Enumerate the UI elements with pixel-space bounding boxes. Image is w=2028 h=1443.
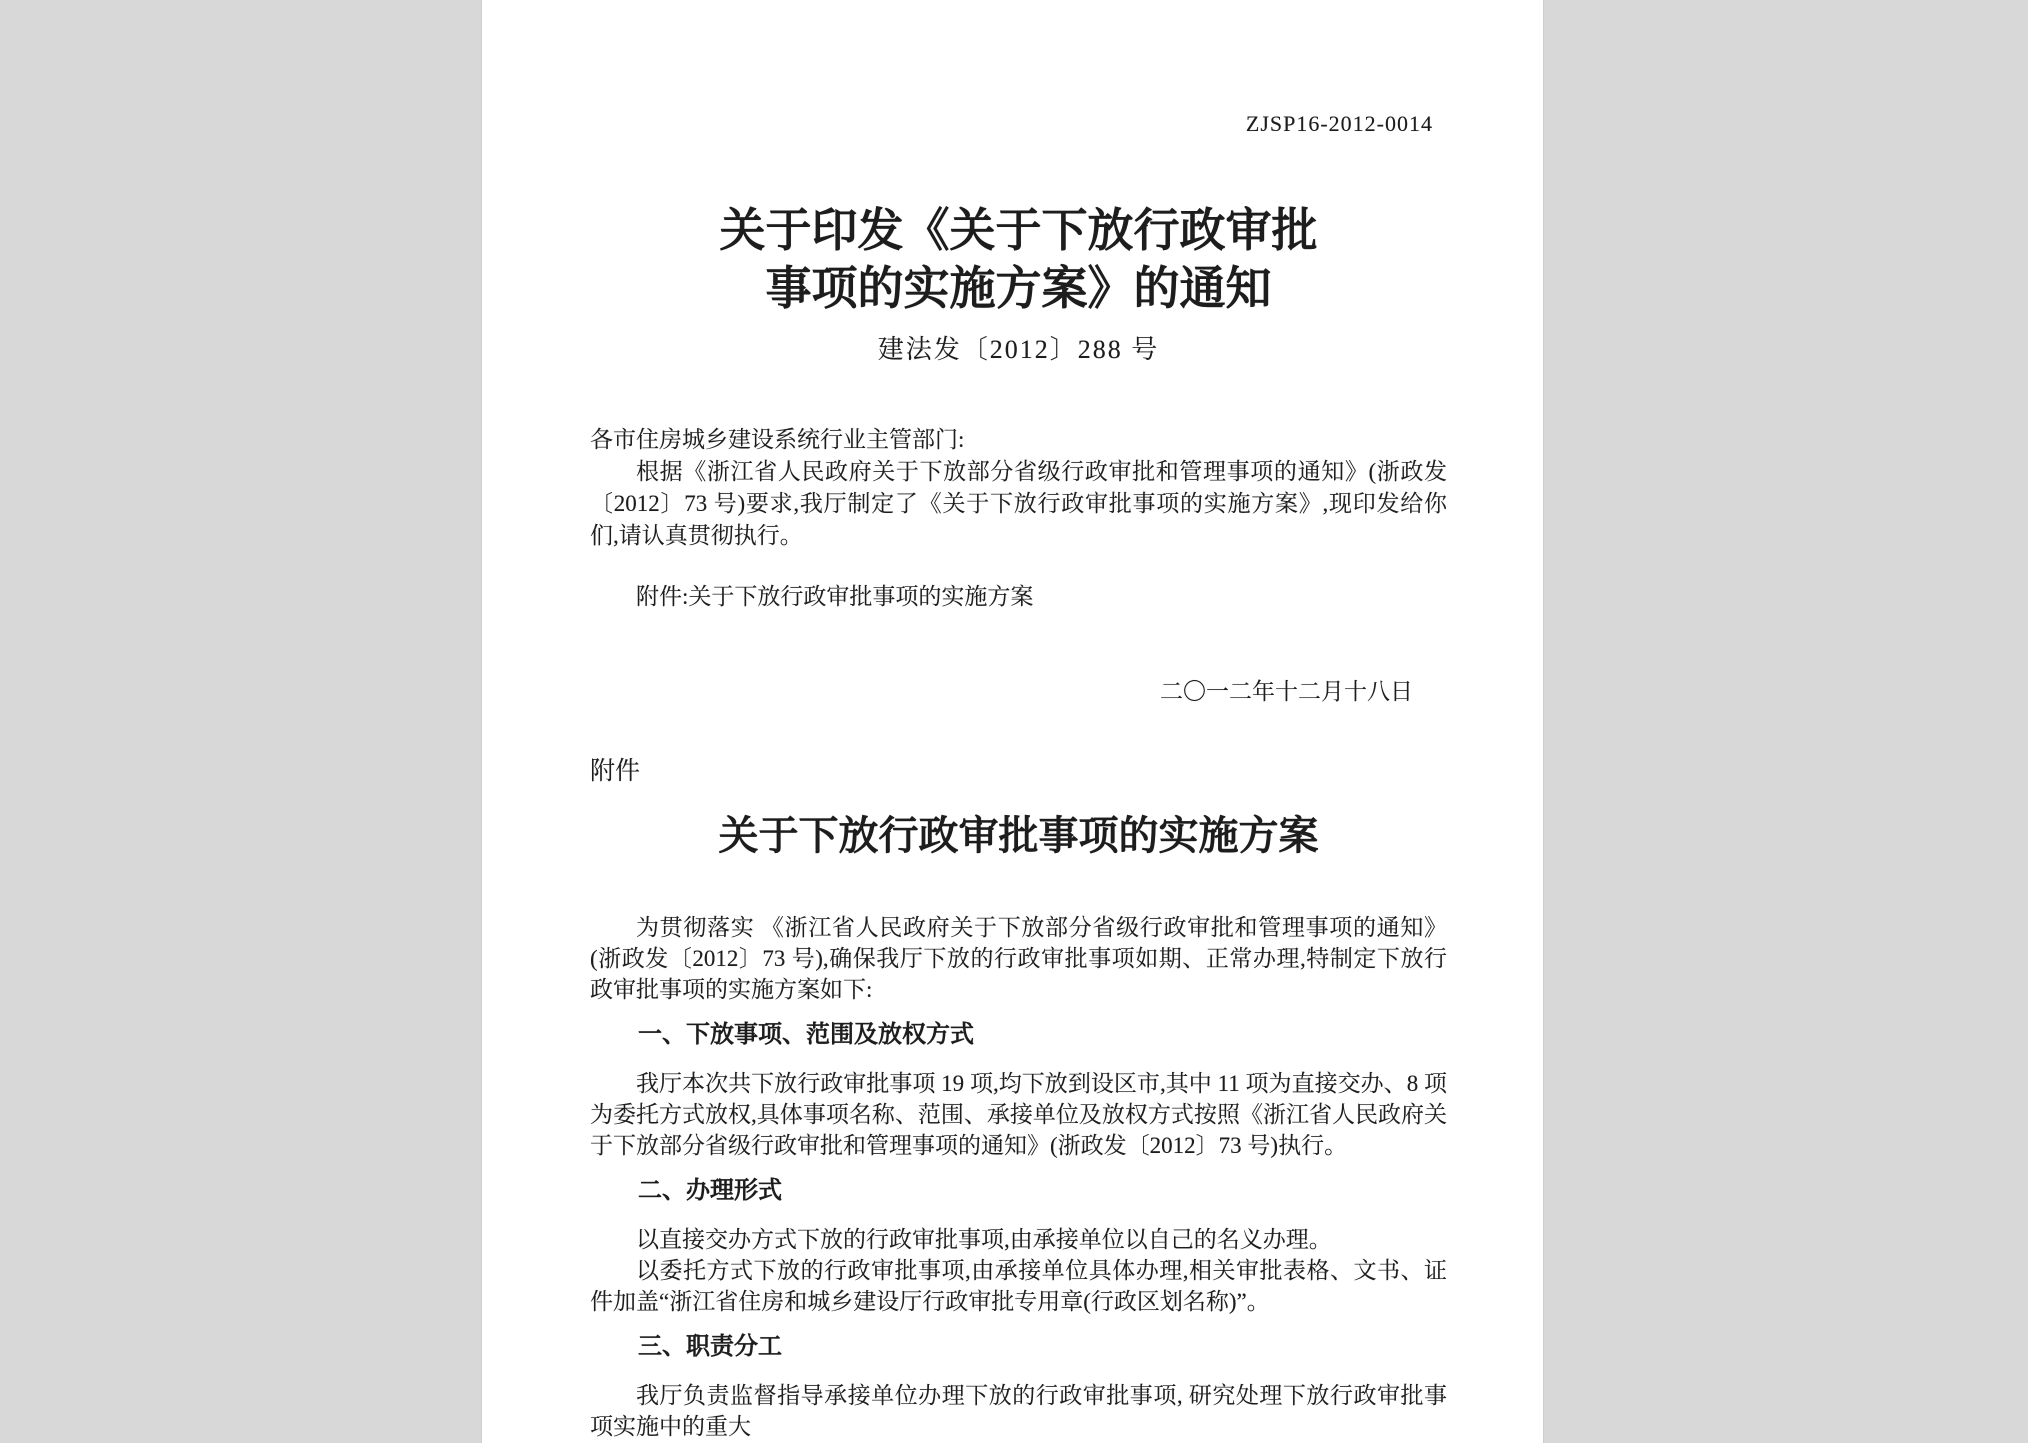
attachment-intro-paragraph: 为贯彻落实 《浙江省人民政府关于下放部分省级行政审批和管理事项的通知》(浙政发〔…	[590, 912, 1447, 1005]
notice-body-paragraph: 根据《浙江省人民政府关于下放部分省级行政审批和管理事项的通知》(浙政发〔2012…	[590, 456, 1447, 552]
scan-canvas: ZJSP16-2012-0014 关于印发《关于下放行政审批 事项的实施方案》的…	[0, 0, 2028, 1443]
section-2-heading: 二、办理形式	[590, 1175, 1447, 1206]
section-2-paragraph-1: 以直接交办方式下放的行政审批事项,由承接单位以自己的名义办理。	[590, 1224, 1447, 1255]
notice-salutation: 各市住房城乡建设系统行业主管部门:	[590, 424, 1447, 456]
document-page: ZJSP16-2012-0014 关于印发《关于下放行政审批 事项的实施方案》的…	[482, 0, 1543, 1443]
notice-attachment-reference: 附件:关于下放行政审批事项的实施方案	[590, 581, 1447, 613]
attachment-label: 附件	[590, 754, 1447, 788]
notice-title-line2: 事项的实施方案》的通知	[590, 260, 1447, 318]
notice-title: 关于印发《关于下放行政审批 事项的实施方案》的通知	[590, 202, 1447, 318]
section-1-heading: 一、下放事项、范围及放权方式	[590, 1019, 1447, 1050]
notice-doc-number: 建法发〔2012〕288 号	[590, 332, 1447, 368]
notice-title-line1: 关于印发《关于下放行政审批	[590, 202, 1447, 260]
section-3-heading: 三、职责分工	[590, 1331, 1447, 1362]
document-index-code: ZJSP16-2012-0014	[590, 112, 1433, 136]
section-1-paragraph: 我厅本次共下放行政审批事项 19 项,均下放到设区市,其中 11 项为直接交办、…	[590, 1068, 1447, 1161]
section-3-paragraph: 我厅负责监督指导承接单位办理下放的行政审批事项, 研究处理下放行政审批事项实施中…	[590, 1380, 1447, 1442]
notice-date: 二〇一二年十二月十八日	[590, 676, 1447, 708]
attachment-title: 关于下放行政审批事项的实施方案	[590, 808, 1447, 864]
section-2-paragraph-2: 以委托方式下放的行政审批事项,由承接单位具体办理,相关审批表格、文书、证件加盖“…	[590, 1255, 1447, 1317]
